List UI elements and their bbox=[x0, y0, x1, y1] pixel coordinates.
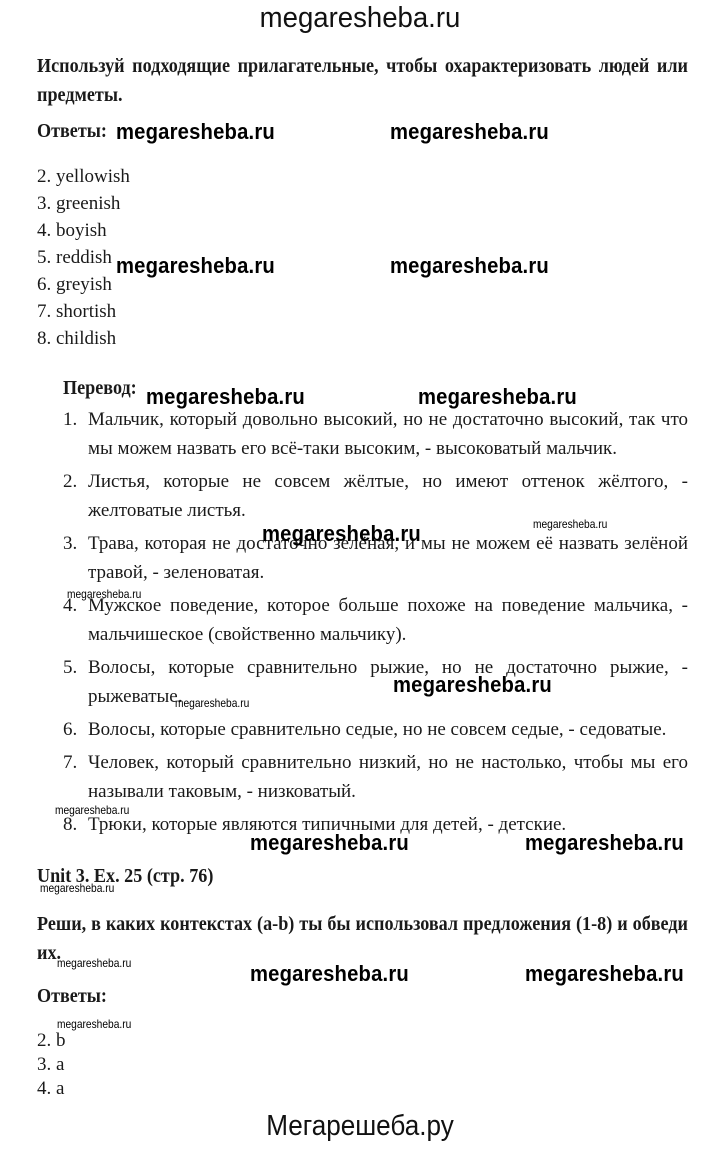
task-instruction: Используй подходящие прилагательные, что… bbox=[37, 52, 688, 110]
answers-heading: Ответы: bbox=[37, 121, 107, 143]
answer-item: 3. greenish bbox=[37, 190, 130, 217]
answers-list-2: 2. b 3. a 4. a bbox=[37, 1029, 66, 1101]
site-footer: Мегарешеба.ру bbox=[36, 1110, 684, 1143]
watermark: megaresheba.ru bbox=[525, 830, 684, 856]
watermark: megaresheba.ru bbox=[533, 517, 607, 531]
translation-item: 6.Волосы, которые сравнительно седые, но… bbox=[63, 715, 688, 744]
answer-item: 2. b bbox=[37, 1029, 66, 1053]
answer-item: 7. shortish bbox=[37, 298, 130, 325]
watermark: megaresheba.ru bbox=[250, 830, 409, 856]
answer-item: 8. childish bbox=[37, 325, 130, 352]
translation-item: 4.Мужское поведение, которое больше похо… bbox=[63, 591, 688, 649]
watermark: megaresheba.ru bbox=[57, 956, 131, 970]
watermark: megaresheba.ru bbox=[390, 253, 549, 279]
site-header: megaresheba.ru bbox=[18, 2, 702, 35]
watermark: megaresheba.ru bbox=[390, 119, 549, 145]
watermark: megaresheba.ru bbox=[57, 1017, 131, 1031]
watermark: megaresheba.ru bbox=[393, 672, 552, 698]
watermark: megaresheba.ru bbox=[418, 384, 577, 410]
translation-item: 5.Волосы, которые сравнительно рыжие, но… bbox=[63, 653, 688, 711]
translation-item: 7.Человек, который сравнительно низкий, … bbox=[63, 748, 688, 806]
answer-item: 2. yellowish bbox=[37, 163, 130, 190]
watermark: megaresheba.ru bbox=[262, 521, 421, 547]
watermark: megaresheba.ru bbox=[175, 696, 249, 710]
task-instruction-2: Реши, в каких контекстах (a-b) ты бы исп… bbox=[37, 910, 688, 968]
answer-item: 4. a bbox=[37, 1077, 66, 1101]
watermark: megaresheba.ru bbox=[67, 587, 141, 601]
watermark: megaresheba.ru bbox=[55, 803, 129, 817]
watermark: megaresheba.ru bbox=[250, 961, 409, 987]
watermark: megaresheba.ru bbox=[146, 384, 305, 410]
translation-heading: Перевод: bbox=[63, 378, 137, 400]
watermark: megaresheba.ru bbox=[525, 961, 684, 987]
answers-heading-2: Ответы: bbox=[37, 986, 107, 1008]
watermark: megaresheba.ru bbox=[116, 119, 275, 145]
answer-item: 4. boyish bbox=[37, 217, 130, 244]
watermark: megaresheba.ru bbox=[40, 881, 114, 895]
translation-item: 1.Мальчик, который довольно высокий, но … bbox=[63, 405, 688, 463]
answer-item: 3. a bbox=[37, 1053, 66, 1077]
watermark: megaresheba.ru bbox=[116, 253, 275, 279]
translation-list: 1.Мальчик, который довольно высокий, но … bbox=[63, 405, 688, 843]
